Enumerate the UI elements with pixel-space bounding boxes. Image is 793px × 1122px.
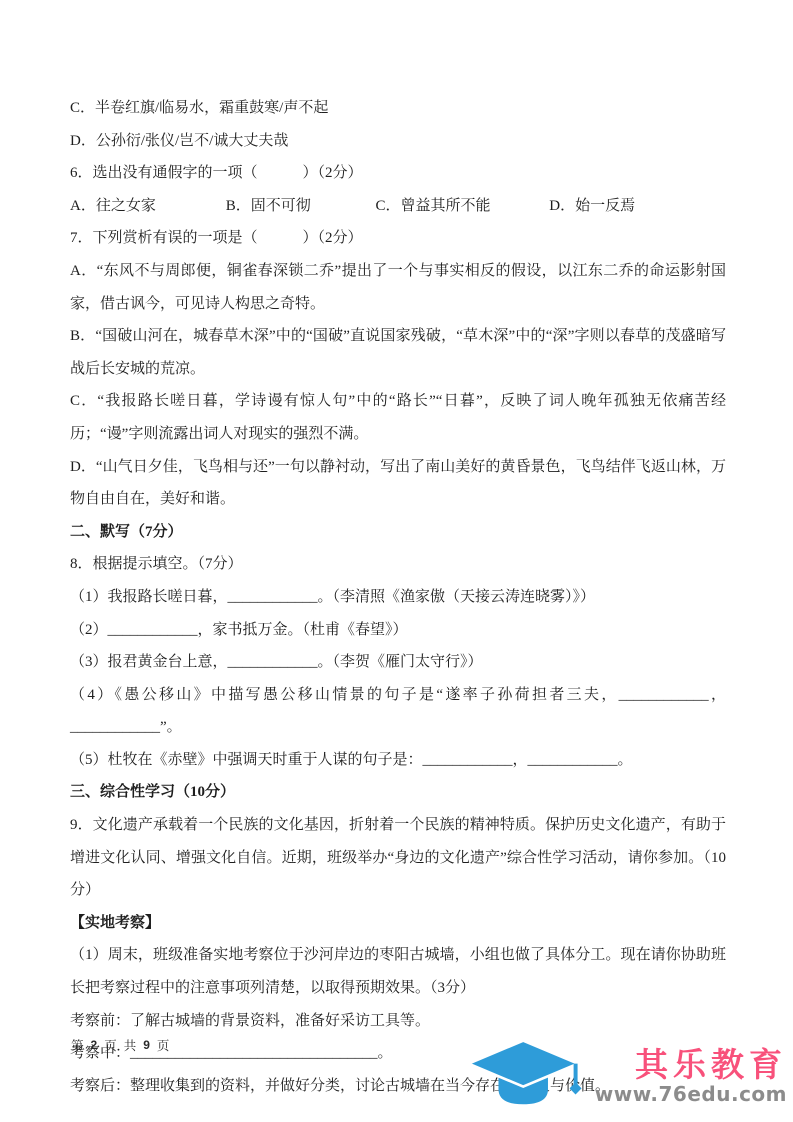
- survey-before-line: 考察前：了解古城墙的背景资料，准备好采访工具等。: [70, 1005, 726, 1038]
- brand-website: www.76edu.com: [595, 1084, 787, 1105]
- total-page-number: 9: [143, 1038, 150, 1052]
- q8-item-3: （3）报君黄金台上意，____________。（李贺《雁门太守行》）: [70, 646, 726, 679]
- footer-label-page: 页: [104, 1036, 117, 1054]
- field-survey-heading: 【实地考察】: [70, 907, 726, 940]
- q8-item-2: （2）____________，家书抵万金。（杜甫《春望》）: [70, 614, 726, 647]
- q6-option-d: D．始一反焉: [549, 190, 635, 223]
- brand-logo: 其乐教育 www.76edu.com: [459, 1038, 787, 1114]
- q9-stem: 9．文化遗产承载着一个民族的文化基因，折射着一个民族的精神特质。保护历史文化遗产…: [70, 809, 726, 907]
- section-3-heading: 三、综合性学习（10分）: [70, 776, 726, 809]
- q6-stem: 6．选出没有通假字的一项（ ）（2分）: [70, 157, 726, 190]
- q5-option-c: C．半卷红旗/临易水，霜重鼓寒/声不起: [70, 92, 726, 125]
- brand-name: 其乐教育: [635, 1047, 787, 1083]
- q7-option-d: D．“山气日夕佳，飞鸟相与还”一句以静衬动，写出了南山美好的黄昏景色，飞鸟结伴飞…: [70, 451, 726, 516]
- footer-label-total: 共: [124, 1036, 137, 1054]
- section-2-heading: 二、默写（7分）: [70, 516, 726, 549]
- q6-option-c: C．曾益其所不能: [376, 190, 546, 223]
- q9-item-1: （1）周末，班级准备实地考察位于沙河岸边的枣阳古城墙，小组也做了具体分工。现在请…: [70, 939, 726, 1004]
- q8-item-1: （1）我报路长嗟日暮，____________。（李清照《渔家傲（天接云涛连晓雾…: [70, 581, 726, 614]
- q7-option-c: C．“我报路长嗟日暮，学诗谩有惊人句”中的“路长”“日暮”，反映了词人晚年孤独无…: [70, 385, 726, 450]
- q8-stem: 8．根据提示填空。（7分）: [70, 548, 726, 581]
- document-page: C．半卷红旗/临易水，霜重鼓寒/声不起 D．公孙衍/张仪/岂不/诚大丈夫哉 6．…: [0, 0, 793, 1122]
- q8-item-4: （4）《愚公移山》中描写愚公移山情景的句子是“遂率子孙荷担者三夫，_______…: [70, 679, 726, 744]
- graduation-cap-icon: [459, 1038, 591, 1114]
- footer-label-prefix: 第: [71, 1036, 84, 1054]
- q7-option-b: B．“国破山河在，城春草木深”中的“国破”直说国家残破，“草木深”中的“深”字则…: [70, 320, 726, 385]
- q6-options: A．往之女家 B．固不可彻 C．曾益其所不能 D．始一反焉: [70, 190, 726, 223]
- q7-option-a: A．“东风不与周郎便，铜雀春深锁二乔”提出了一个与事实相反的假设，以江东二乔的命…: [70, 255, 726, 320]
- q8-item-5: （5）杜牧在《赤壁》中强调天时重于人谋的句子是：____________，___…: [70, 744, 726, 777]
- exam-content: C．半卷红旗/临易水，霜重鼓寒/声不起 D．公孙衍/张仪/岂不/诚大丈夫哉 6．…: [70, 92, 726, 1102]
- current-page-number: 2: [91, 1038, 98, 1052]
- q6-option-a: A．往之女家: [70, 190, 222, 223]
- footer-label-suffix: 页: [157, 1036, 170, 1054]
- q6-option-b: B．固不可彻: [226, 190, 372, 223]
- page-footer: 第 2 页 共 9 页: [71, 1036, 169, 1054]
- q5-option-d: D．公孙衍/张仪/岂不/诚大丈夫哉: [70, 125, 726, 158]
- logo-text: 其乐教育 www.76edu.com: [595, 1047, 787, 1104]
- q7-stem: 7．下列赏析有误的一项是（ ）（2分）: [70, 222, 726, 255]
